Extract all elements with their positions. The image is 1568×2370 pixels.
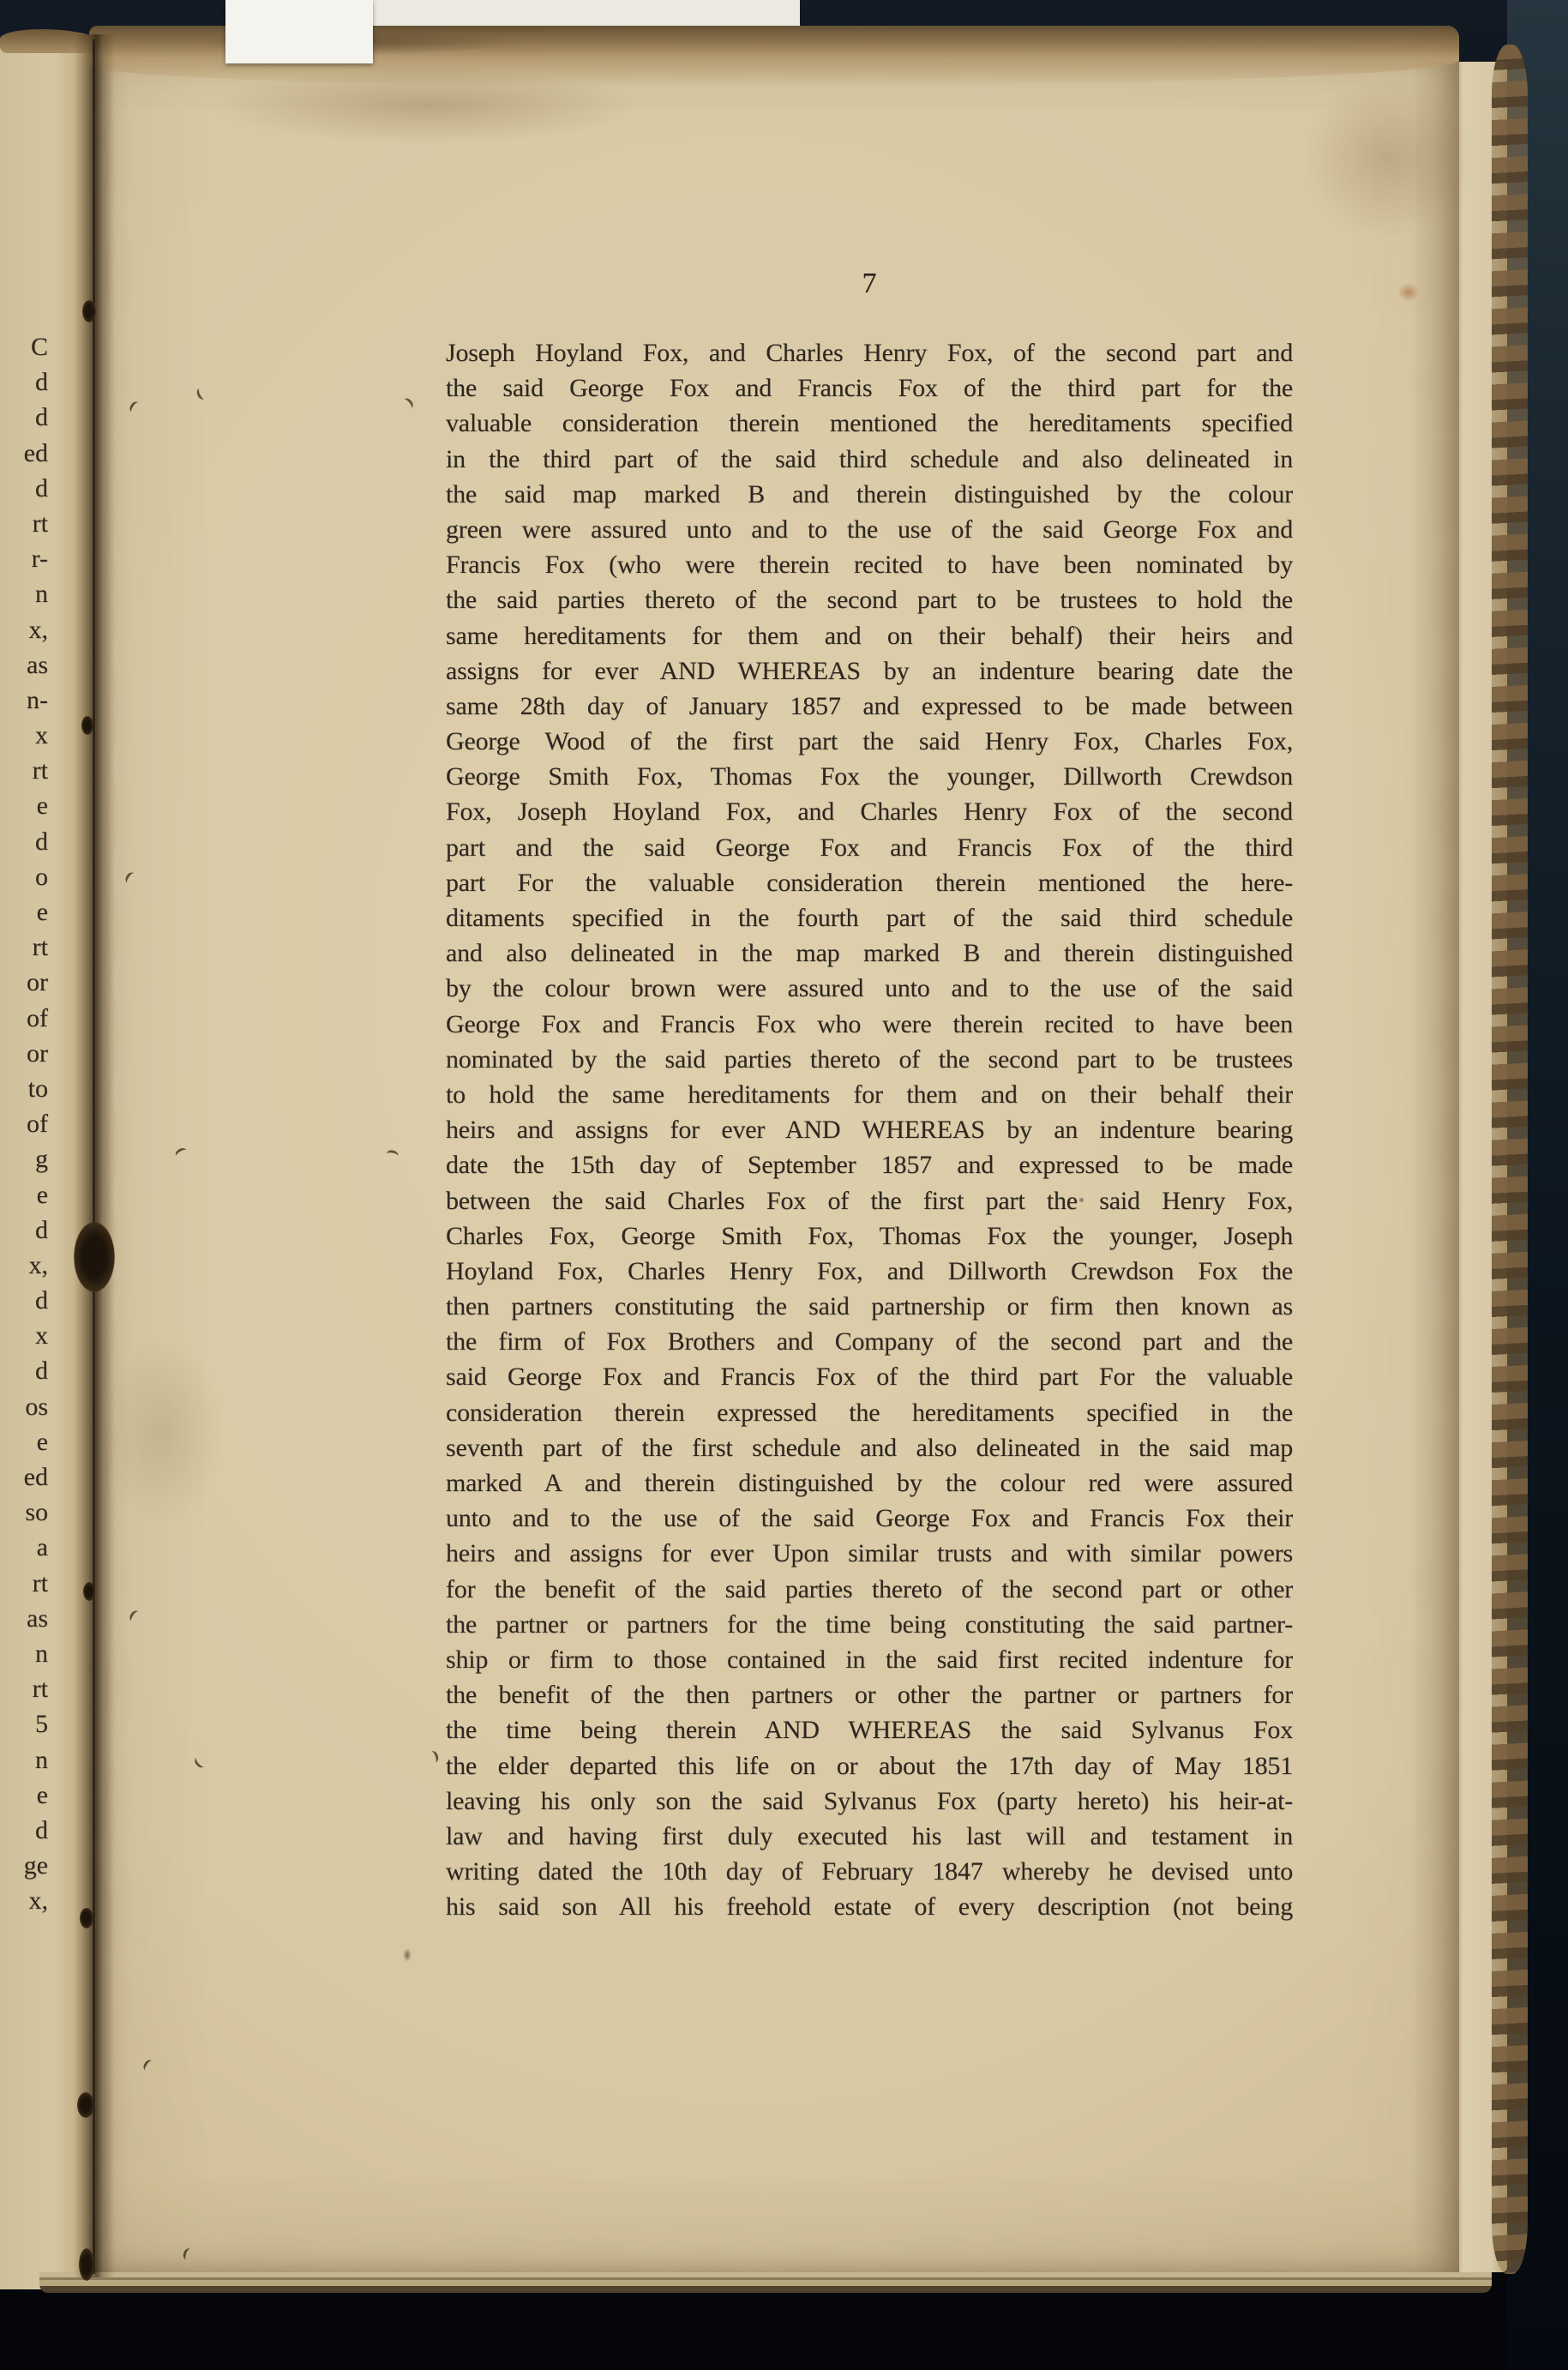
text-line: the said parties thereto of the second p… <box>446 582 1293 617</box>
paper-stain <box>103 1338 223 1526</box>
page-stack-rough-edge <box>1492 45 1528 2274</box>
facing-page-text-fragment: as <box>0 647 50 683</box>
text-line: leaving his only son the said Sylvanus F… <box>446 1784 1293 1819</box>
text-line: the time being therein AND WHEREAS the s… <box>446 1712 1293 1747</box>
text-line: the firm of Fox Brothers and Company of … <box>446 1324 1293 1359</box>
text-line: by the colour brown were assured unto an… <box>446 971 1293 1006</box>
facing-page-text-fragment: ed <box>0 1459 50 1495</box>
facing-page-text-fragment: as <box>0 1601 50 1636</box>
facing-page-text-fragment: or <box>0 1036 50 1071</box>
text-line: same 28th day of January 1857 and expres… <box>446 689 1293 724</box>
facing-page-text-fragment: x, <box>0 1883 50 1918</box>
book-scan: 7 Joseph Hoyland Fox, and Charles Henry … <box>0 0 1568 2370</box>
text-line: nominated by the said parties thereto of… <box>446 1042 1293 1077</box>
page-text: Joseph Hoyland Fox, and Charles Henry Fo… <box>446 335 1293 1924</box>
facing-page-text-fragment: n <box>0 1742 50 1777</box>
facing-page-line-fragments: Cddeddrtr-nx,asn-xrtedoertorofortoofgedx… <box>0 329 50 1918</box>
facing-page-text-fragment: o <box>0 859 50 894</box>
facing-page-text-fragment: x <box>0 718 50 753</box>
facing-page-text-fragment: d <box>0 1212 50 1248</box>
facing-page-text-fragment: x, <box>0 1248 50 1283</box>
facing-page-text-fragment: e <box>0 1177 50 1212</box>
text-line: said George Fox and Francis Fox of the t… <box>446 1359 1293 1394</box>
text-line: consideration therein expressed the here… <box>446 1395 1293 1430</box>
text-line: heirs and assigns for ever Upon similar … <box>446 1536 1293 1571</box>
facing-page-text-fragment: d <box>0 400 50 435</box>
text-line: between the said Charles Fox of the firs… <box>446 1183 1293 1218</box>
facing-page-text-fragment: e <box>0 1424 50 1459</box>
text-line: assigns for ever AND WHEREAS by an inden… <box>446 653 1293 689</box>
facing-page-text-fragment: rt <box>0 929 50 965</box>
text-line: valuable consideration therein mentioned… <box>446 406 1293 441</box>
text-line: and also delineated in the map marked B … <box>446 935 1293 971</box>
facing-page-text-fragment: e <box>0 894 50 929</box>
text-line: the said map marked B and therein distin… <box>446 477 1293 512</box>
facing-page-text-fragment: of <box>0 1001 50 1036</box>
text-line: ditaments specified in the fourth part o… <box>446 900 1293 935</box>
text-line: Fox, Joseph Hoyland Fox, and Charles Hen… <box>446 794 1293 829</box>
text-line: part For the valuable consideration ther… <box>446 865 1293 900</box>
text-line: for the benefit of the said parties ther… <box>446 1572 1293 1607</box>
binding-gutter-crease <box>93 39 95 2274</box>
facing-page-text-fragment: ge <box>0 1848 50 1883</box>
binding-stitch-hole <box>81 716 93 735</box>
text-line: same hereditaments for them and on their… <box>446 618 1293 653</box>
text-line: date the 15th day of September 1857 and … <box>446 1147 1293 1182</box>
facing-page-text-fragment: e <box>0 1777 50 1813</box>
text-line: writing dated the 10th day of February 1… <box>446 1854 1293 1889</box>
rust-spot <box>1397 283 1420 302</box>
text-line: George Smith Fox, Thomas Fox the younger… <box>446 759 1293 794</box>
text-line: to hold the same hereditaments for them … <box>446 1077 1293 1112</box>
text-line: unto and to the use of the said George F… <box>446 1501 1293 1536</box>
facing-page-text-fragment: d <box>0 364 50 400</box>
text-line: the said George Fox and Francis Fox of t… <box>446 370 1293 406</box>
binding-stitch-hole <box>74 1222 115 1292</box>
text-line: heirs and assigns for ever AND WHEREAS b… <box>446 1112 1293 1147</box>
facing-page-text-fragment: d <box>0 1353 50 1388</box>
facing-page-text-fragment: rt <box>0 506 50 541</box>
facing-page-text-fragment: of <box>0 1106 50 1141</box>
text-line: part and the said George Fox and Francis… <box>446 830 1293 865</box>
facing-page-text-fragment: x <box>0 1318 50 1353</box>
facing-page-text-fragment: n <box>0 1636 50 1671</box>
facing-page-text-fragment: ed <box>0 436 50 471</box>
facing-page-text-fragment: d <box>0 471 50 506</box>
facing-page-text-fragment: x, <box>0 612 50 647</box>
facing-page-text-fragment: os <box>0 1389 50 1424</box>
facing-page-text-fragment: rt <box>0 1566 50 1601</box>
text-line: then partners constituting the said part… <box>446 1289 1293 1324</box>
facing-page-text-fragment: d <box>0 1283 50 1318</box>
text-line: George Fox and Francis Fox who were ther… <box>446 1007 1293 1042</box>
binding-stitch-hole <box>83 1582 95 1601</box>
text-line: ship or firm to those contained in the s… <box>446 1642 1293 1677</box>
facing-page-text-fragment: C <box>0 329 50 364</box>
text-line: Hoyland Fox, Charles Henry Fox, and Dill… <box>446 1254 1293 1289</box>
facing-page-text-fragment: n <box>0 576 50 611</box>
text-line: Joseph Hoyland Fox, and Charles Henry Fo… <box>446 335 1293 370</box>
text-line: Francis Fox (who were therein recited to… <box>446 547 1293 582</box>
text-line: marked A and therein distinguished by th… <box>446 1465 1293 1501</box>
text-line: law and having first duly executed his l… <box>446 1819 1293 1854</box>
facing-page-text-fragment: e <box>0 788 50 823</box>
text-line: his said son All his freehold estate of … <box>446 1889 1293 1924</box>
text-line: seventh part of the first schedule and a… <box>446 1430 1293 1465</box>
facing-page-text-fragment: to <box>0 1071 50 1106</box>
facing-page-text-fragment: r- <box>0 541 50 576</box>
facing-page-text-fragment: a <box>0 1530 50 1565</box>
text-line: Charles Fox, George Smith Fox, Thomas Fo… <box>446 1218 1293 1254</box>
text-line: George Wood of the first part the said H… <box>446 724 1293 759</box>
facing-page-text-fragment: g <box>0 1141 50 1176</box>
ink-speck <box>403 1948 412 1962</box>
facing-page-text-fragment: so <box>0 1495 50 1530</box>
facing-page-text-fragment: or <box>0 965 50 1000</box>
inserted-slip <box>225 0 373 63</box>
facing-page-text-fragment: n- <box>0 683 50 718</box>
paper-stain <box>214 67 643 144</box>
page-number: 7 <box>446 268 1293 300</box>
text-line: green were assured unto and to the use o… <box>446 512 1293 547</box>
facing-page-text-fragment: rt <box>0 753 50 788</box>
binding-stitch-hole <box>77 2092 94 2118</box>
binding-stitch-hole <box>82 300 96 322</box>
page-stack-bottom-edges <box>39 2272 1492 2293</box>
facing-page-text-fragment: d <box>0 824 50 859</box>
facing-page-text-fragment: d <box>0 1813 50 1848</box>
binding-stitch-hole <box>79 2248 94 2281</box>
text-line: the elder departed this life on or about… <box>446 1748 1293 1784</box>
binding-stitch-hole <box>80 1908 93 1928</box>
facing-page-text-fragment: rt <box>0 1671 50 1706</box>
text-line: the benefit of the then partners or othe… <box>446 1677 1293 1712</box>
paper-stain <box>1303 77 1475 240</box>
text-line: the partner or partners for the time bei… <box>446 1607 1293 1642</box>
facing-page-text-fragment: 5 <box>0 1706 50 1741</box>
text-line: in the third part of the said third sche… <box>446 442 1293 477</box>
